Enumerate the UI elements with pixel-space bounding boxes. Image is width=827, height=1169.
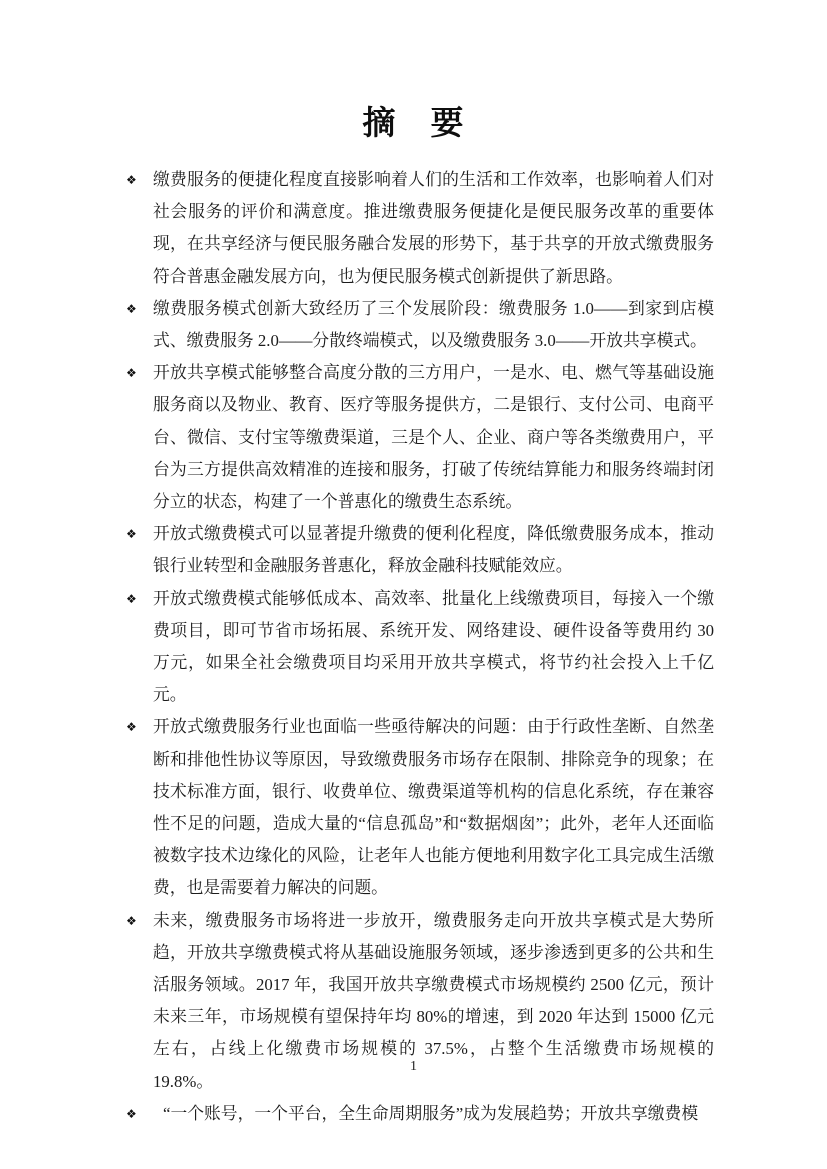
bullet-text: 开放共享模式能够整合高度分散的三方用户，一是水、电、燃气等基础设施服务商以及物业… — [153, 357, 714, 518]
diamond-bullet-icon: ❖ — [126, 583, 153, 615]
bullet-item: ❖ 开放式缴费模式能够低成本、高效率、批量化上线缴费项目，每接入一个缴费项目，即… — [126, 583, 714, 712]
bullet-item: ❖ 开放共享模式能够整合高度分散的三方用户，一是水、电、燃气等基础设施服务商以及… — [126, 357, 714, 518]
bullet-item: ❖ 缴费服务模式创新大致经历了三个发展阶段：缴费服务 1.0——到家到店模式、缴… — [126, 293, 714, 357]
bullet-text: 缴费服务模式创新大致经历了三个发展阶段：缴费服务 1.0——到家到店模式、缴费服… — [153, 293, 714, 357]
bullet-text: 缴费服务的便捷化程度直接影响着人们的生活和工作效率，也影响着人们对社会服务的评价… — [153, 164, 714, 293]
diamond-bullet-icon: ❖ — [126, 357, 153, 389]
bullet-text: 开放式缴费模式能够低成本、高效率、批量化上线缴费项目，每接入一个缴费项目，即可节… — [153, 583, 714, 712]
page-title: 摘 要 — [0, 101, 827, 147]
bullet-item: ❖ 开放式缴费模式可以显著提升缴费的便利化程度，降低缴费服务成本，推动银行业转型… — [126, 518, 714, 582]
diamond-bullet-icon: ❖ — [126, 1098, 153, 1130]
abstract-bullet-list: ❖ 缴费服务的便捷化程度直接影响着人们的生活和工作效率，也影响着人们对社会服务的… — [126, 164, 714, 1130]
bullet-item: ❖ 缴费服务的便捷化程度直接影响着人们的生活和工作效率，也影响着人们对社会服务的… — [126, 164, 714, 293]
diamond-bullet-icon: ❖ — [126, 905, 153, 937]
diamond-bullet-icon: ❖ — [126, 518, 153, 550]
diamond-bullet-icon: ❖ — [126, 293, 153, 325]
bullet-item: ❖ “一个账号，一个平台，全生命周期服务”成为发展趋势；开放共享缴费模 — [126, 1098, 714, 1130]
bullet-text: 开放式缴费模式可以显著提升缴费的便利化程度，降低缴费服务成本，推动银行业转型和金… — [153, 518, 714, 582]
page-number: 1 — [0, 1057, 827, 1077]
document-page: 摘 要 ❖ 缴费服务的便捷化程度直接影响着人们的生活和工作效率，也影响着人们对社… — [0, 0, 827, 1169]
bullet-text: “一个账号，一个平台，全生命周期服务”成为发展趋势；开放共享缴费模 — [153, 1098, 714, 1130]
diamond-bullet-icon: ❖ — [126, 164, 153, 196]
bullet-item: ❖ 开放式缴费服务行业也面临一些亟待解决的问题：由于行政性垄断、自然垄断和排他性… — [126, 711, 714, 904]
diamond-bullet-icon: ❖ — [126, 711, 153, 743]
bullet-text: 开放式缴费服务行业也面临一些亟待解决的问题：由于行政性垄断、自然垄断和排他性协议… — [153, 711, 714, 904]
